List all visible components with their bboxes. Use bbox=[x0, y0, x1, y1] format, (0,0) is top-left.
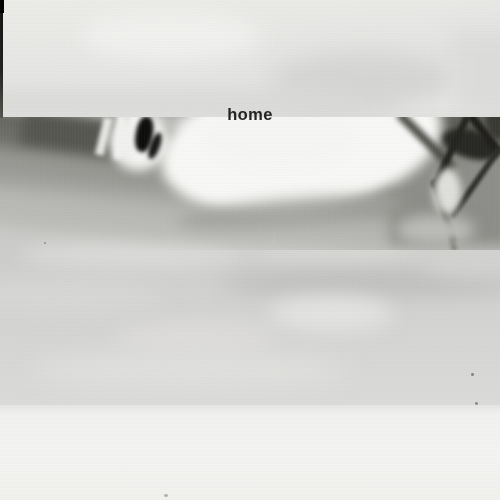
top-film-band bbox=[0, 0, 500, 117]
cloud-streak bbox=[268, 297, 393, 331]
film-edge-corner bbox=[0, 0, 4, 13]
dust-speck bbox=[164, 494, 168, 497]
dust-speck bbox=[44, 242, 46, 244]
album-title: home bbox=[0, 106, 500, 125]
cloud-streak bbox=[112, 323, 277, 353]
dust-speck bbox=[475, 402, 478, 405]
bottom-white-band bbox=[0, 405, 500, 500]
muzzle-shading bbox=[395, 215, 475, 245]
album-cover: home bbox=[0, 0, 500, 500]
dust-speck bbox=[471, 373, 474, 376]
film-texture-blob bbox=[452, 32, 500, 114]
cloud-streak bbox=[30, 353, 350, 389]
horse-photo-band bbox=[0, 117, 500, 250]
film-texture-blob bbox=[80, 12, 260, 60]
blaze-highlight bbox=[433, 169, 461, 215]
cloud-streak bbox=[0, 280, 165, 314]
film-edge-strip bbox=[0, 0, 3, 118]
